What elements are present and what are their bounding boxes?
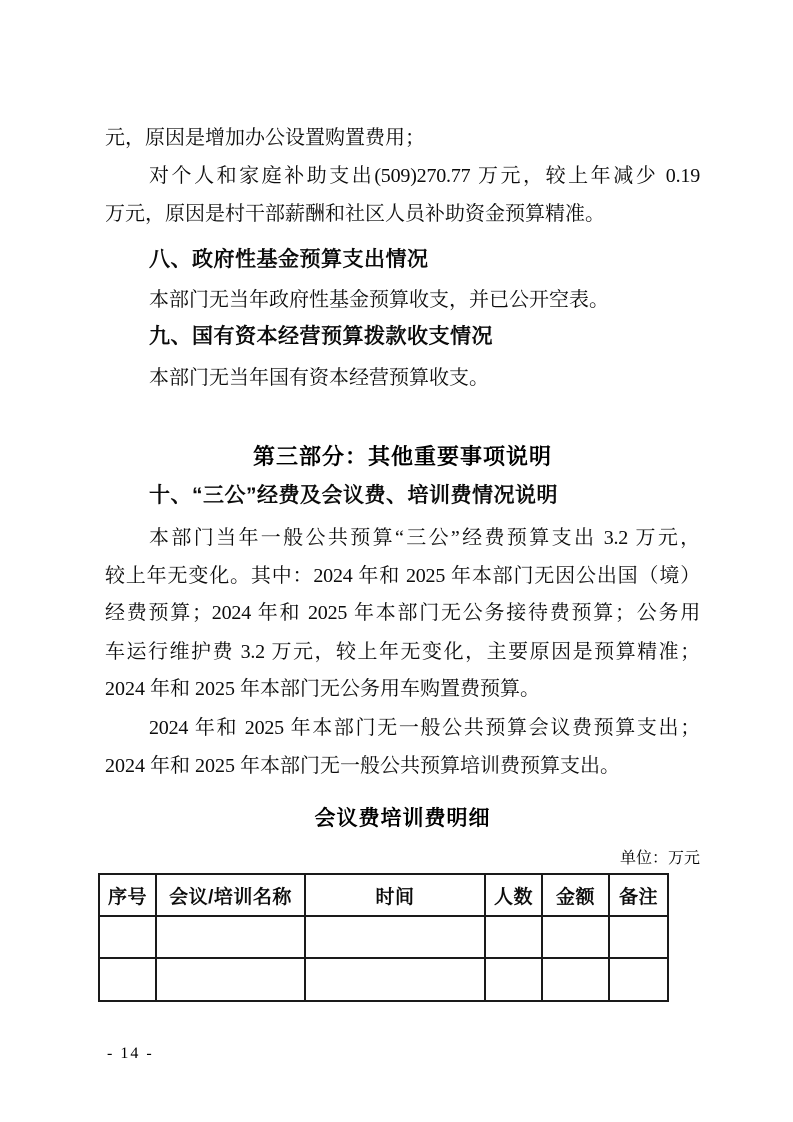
section-8-body: 本部门无当年政府性基金预算收支，并已公开空表。 — [105, 285, 700, 315]
section-10-paragraph-1-line-2: 较上年无变化。其中：2024 年和 2025 年本部门无因公出国（境） — [105, 561, 700, 591]
table-cell — [156, 958, 305, 1001]
table-cell — [99, 916, 156, 958]
table-cell — [609, 958, 668, 1001]
section-10-paragraph-2-line-2: 2024 年和 2025 年本部门无一般公共预算培训费预算支出。 — [105, 751, 700, 781]
section-10-paragraph-1-line-1: 本部门当年一般公共预算“三公”经费预算支出 3.2 万元， — [105, 523, 700, 553]
section-10-paragraph-2-line-1: 2024 年和 2025 年本部门无一般公共预算会议费预算支出； — [105, 713, 700, 743]
table-cell — [99, 958, 156, 1001]
table-cell — [542, 916, 609, 958]
header-time: 时间 — [305, 874, 485, 916]
unit-label: 单位：万元 — [105, 848, 700, 870]
part-3-title: 第三部分：其他重要事项说明 — [105, 442, 700, 472]
meeting-table-title: 会议费培训费明细 — [105, 803, 700, 833]
section-9-body: 本部门无当年国有资本经营预算收支。 — [105, 363, 700, 393]
table-cell — [609, 916, 668, 958]
table-cell — [485, 916, 542, 958]
table-row — [99, 958, 668, 1001]
header-remarks: 备注 — [609, 874, 668, 916]
document-page: 元，原因是增加办公设置购置费用； 对个人和家庭补助支出(509)270.77 万… — [0, 0, 793, 1122]
section-8-heading: 八、政府性基金预算支出情况 — [105, 245, 700, 275]
table-cell — [542, 958, 609, 1001]
section-9-heading: 九、国有资本经营预算拨款收支情况 — [105, 322, 700, 352]
section-10-paragraph-1-line-4: 车运行维护费 3.2 万元，较上年无变化，主要原因是预算精准； — [105, 637, 700, 667]
page-number: - 14 - — [107, 1044, 154, 1064]
carryover-line-1: 元，原因是增加办公设置购置费用； — [105, 123, 700, 153]
table-row — [99, 916, 668, 958]
table-cell — [156, 916, 305, 958]
header-serial-number: 序号 — [99, 874, 156, 916]
table-header-row: 序号 会议/培训名称 时间 人数 金额 备注 — [99, 874, 668, 916]
section-10-paragraph-1-line-3: 经费预算；2024 年和 2025 年本部门无公务接待费预算；公务用 — [105, 598, 700, 628]
carryover-line-2: 对个人和家庭补助支出(509)270.77 万元，较上年减少 0.19 — [105, 161, 700, 191]
meeting-training-table: 序号 会议/培训名称 时间 人数 金额 备注 — [98, 873, 669, 1002]
table-cell — [305, 916, 485, 958]
table-cell — [305, 958, 485, 1001]
section-10-paragraph-1-line-5: 2024 年和 2025 年本部门无公务用车购置费预算。 — [105, 674, 700, 704]
header-people-count: 人数 — [485, 874, 542, 916]
header-amount: 金额 — [542, 874, 609, 916]
table-cell — [485, 958, 542, 1001]
section-10-heading: 十、“三公”经费及会议费、培训费情况说明 — [105, 481, 700, 511]
carryover-line-3: 万元，原因是村干部薪酬和社区人员补助资金预算精准。 — [105, 199, 700, 229]
header-meeting-training-name: 会议/培训名称 — [156, 874, 305, 916]
